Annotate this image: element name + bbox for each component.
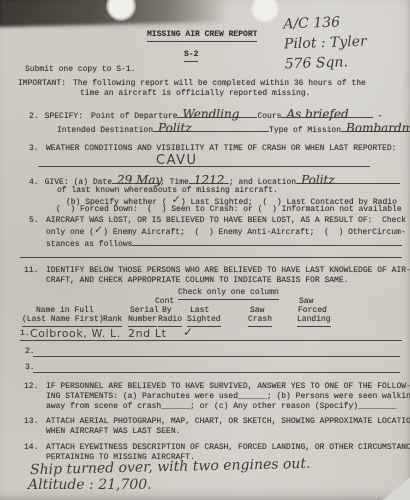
item5-number: 5. xyxy=(29,216,39,226)
location-value: Politz xyxy=(301,175,335,185)
item13-line1: ATTACH AERIAL PHOTOGRAPH, MAP, CHART, OR… xyxy=(46,417,410,427)
important-text-line2: time an aircraft is officially reported … xyxy=(80,89,310,99)
row2-line xyxy=(33,356,400,357)
item13-number: 13. xyxy=(24,417,38,427)
item4-line2: of last known whereabouts of missing air… xyxy=(57,186,278,196)
item2-line1: 2. SPECIFY: Point of Departure Wendling … xyxy=(29,108,402,122)
header-landing: Landing xyxy=(297,315,331,327)
row1-line xyxy=(20,340,402,341)
mission-value: Bombardment xyxy=(346,123,410,133)
date-field: 29 May xyxy=(112,174,160,184)
important-label: IMPORTANT: xyxy=(18,79,66,89)
torn-corner xyxy=(381,477,410,500)
row3-line xyxy=(33,372,400,373)
header-radio: Radio xyxy=(158,315,182,327)
punch-hole-icon xyxy=(251,0,279,23)
header-rank: Rank xyxy=(103,315,122,327)
check-one-column-note: Check only one column xyxy=(178,288,279,300)
pilot-name: Pilot : Tyler xyxy=(284,32,367,55)
item3-blank-line xyxy=(38,166,370,167)
time-field: 1212 xyxy=(189,174,229,184)
item12-line3: away from scene of crash______; or (c) A… xyxy=(46,402,396,412)
item2-line2: Intended Destination Politz Type of Miss… xyxy=(57,122,410,136)
form-code: S-2 xyxy=(184,50,198,62)
header-name2: (Last Name First) xyxy=(22,315,104,327)
squadron-number: 576 Sqn. xyxy=(284,52,367,75)
last-sighted-checkmark: ✓ xyxy=(172,195,181,205)
item11-number: 11. xyxy=(24,266,38,276)
course-field: As briefed xyxy=(281,108,373,118)
item12-line2: ING STATEMENTS: (a) Parachutes were used… xyxy=(46,392,410,402)
item11-line2: CRAFT, AND CHECK APPROPRIATE COLUMN TO I… xyxy=(46,276,348,286)
blank-continuation-line xyxy=(20,257,402,258)
item2-label: SPECIFY: xyxy=(45,112,83,122)
eyewitness-note-line2: Altitude : 21,700. xyxy=(28,477,152,493)
item5-line3-text: stances as follows xyxy=(46,240,132,250)
weather-value: CAVU xyxy=(156,153,198,168)
destination-value: Politz xyxy=(158,123,192,133)
submit-note: Submit one copy to S-1. xyxy=(25,65,135,75)
date-value: 29 May xyxy=(117,175,162,185)
item14-line1: ATTACH EYEWITNESS DESCRIPTION OF CRASH, … xyxy=(46,443,410,453)
item2-number: 2. xyxy=(29,112,39,122)
other-circumstances-field xyxy=(132,236,402,246)
mission-field: Bombardment xyxy=(341,122,410,132)
header-crash: Crash xyxy=(248,315,272,327)
destination-label: Intended Destination xyxy=(57,126,153,136)
departure-value: Wendling xyxy=(182,109,239,119)
departure-field: Wendling xyxy=(177,108,257,118)
item4-line4: ( ) Forced Down: ( ) Seen to Crash: or (… xyxy=(56,205,402,215)
destination-field: Politz xyxy=(153,122,269,132)
item14-number: 14. xyxy=(24,443,38,453)
course-value: As briefed xyxy=(286,109,348,119)
enemy-aircraft-checkmark: ✓ xyxy=(94,225,103,235)
time-value: 1212 xyxy=(194,175,225,185)
row1-name: Colbrook, W. L. xyxy=(30,327,121,340)
missing-air-crew-report-scan: MISSING AIR CREW REPORT S-2 A/C 136 Pilo… xyxy=(0,0,410,500)
item3-text: WEATHER CONDITIONS AND VISIBILITY AT TIM… xyxy=(46,144,396,154)
handwritten-corner-note: A/C 136 Pilot : Tyler 576 Sqn. xyxy=(283,12,368,75)
important-text-line1: The following report will be completed w… xyxy=(73,79,366,89)
row1-rank: 2nd Lt xyxy=(128,327,167,340)
form-title: MISSING AIR CREW REPORT xyxy=(147,30,257,42)
item11-line1: IDENTIFY BELOW THOSE PERSONS WHO ARE BEL… xyxy=(46,266,410,276)
item12-line1: IF PERSONNEL ARE BELIEVED TO HAVE SURVIV… xyxy=(46,382,410,392)
item13-line2: WHEN AIRCRAFT WAS LAST SEEN. xyxy=(46,427,180,437)
item5-line3: stances as follows xyxy=(46,236,402,250)
header-number: Number xyxy=(128,315,157,327)
item3-number: 3. xyxy=(29,144,39,154)
mission-label: Type of Mission xyxy=(269,126,341,136)
item4-number: 4. xyxy=(29,178,39,188)
item12-number: 12. xyxy=(24,382,38,392)
location-field: Politz xyxy=(296,174,400,184)
row1-number: 1. xyxy=(20,329,30,339)
row1-last-sighted-checkmark: ✓ xyxy=(183,325,193,339)
course-label: Cours xyxy=(257,112,281,122)
